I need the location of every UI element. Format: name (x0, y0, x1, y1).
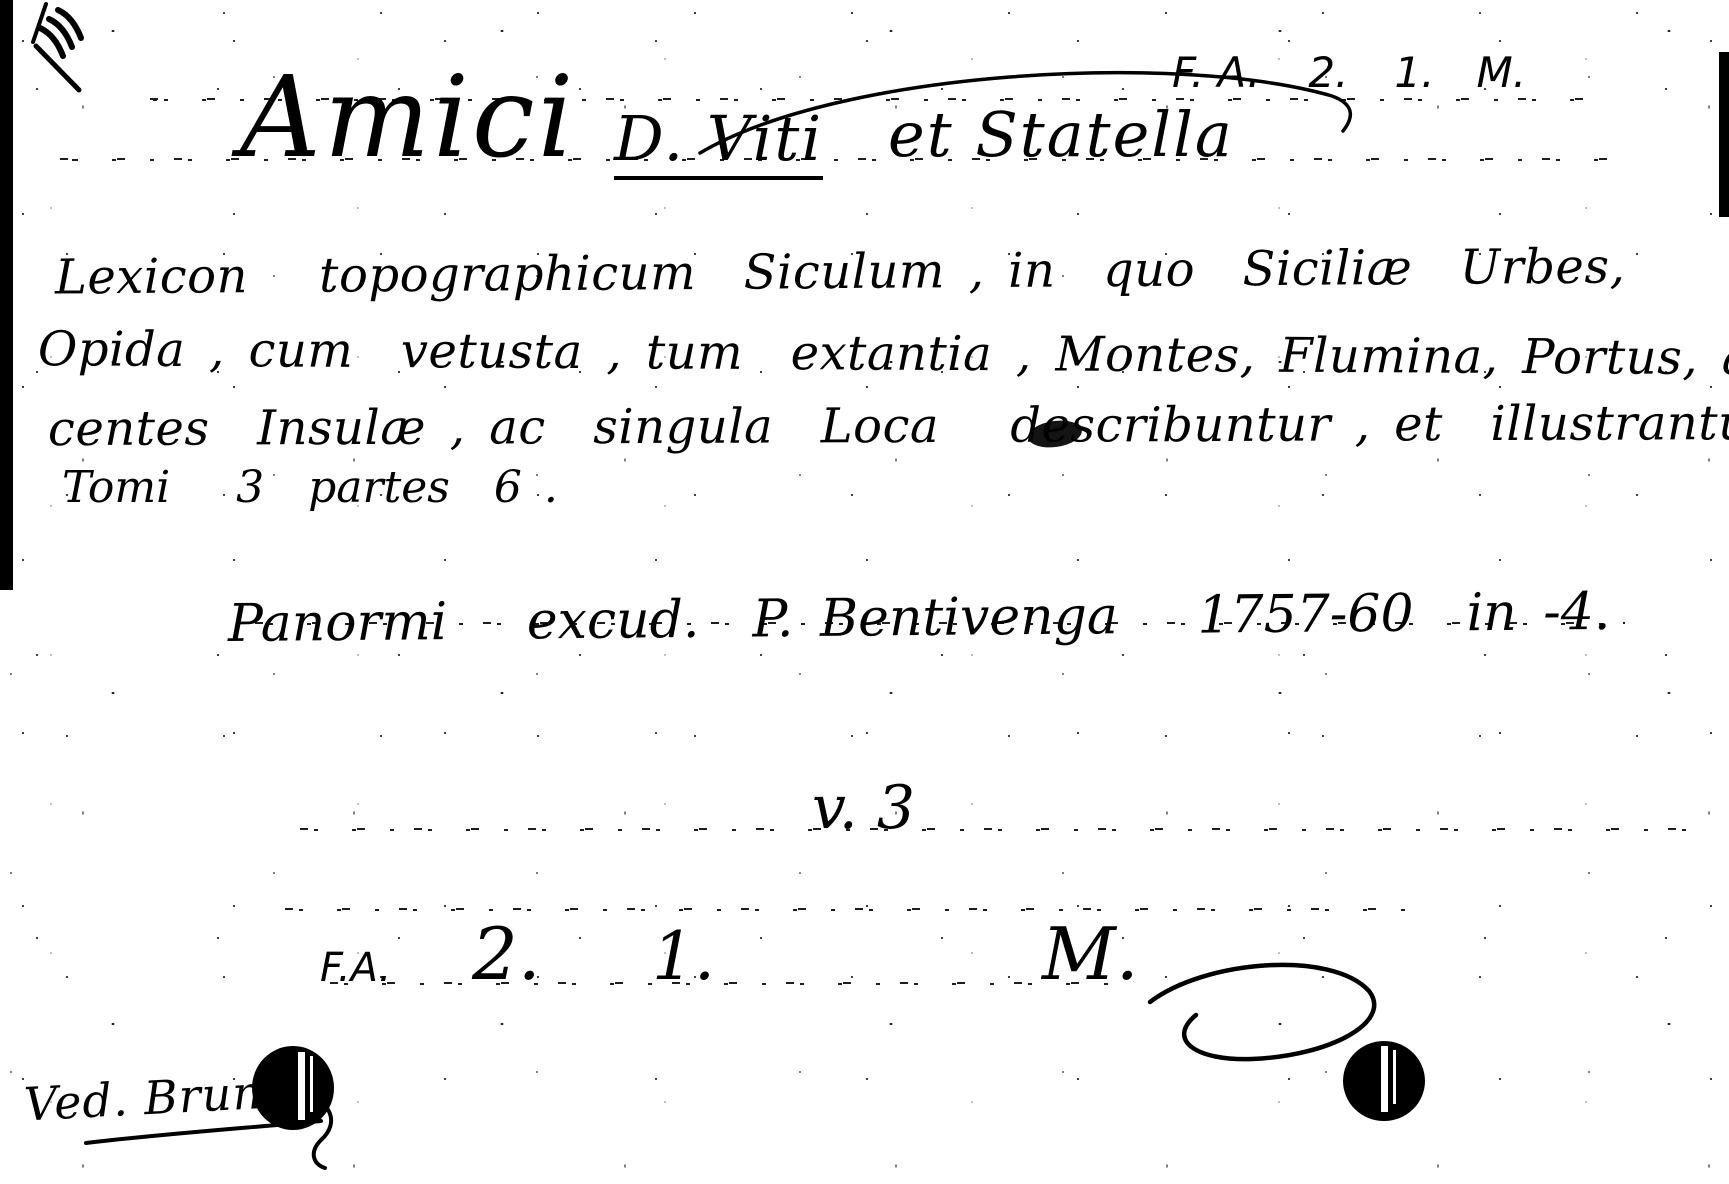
hole-reflection (310, 1056, 313, 1112)
corner-tally-mark-icon (49, 19, 72, 47)
title-author: Amici (240, 62, 576, 174)
title-dedicatee: D. Viti (614, 108, 823, 180)
punch-hole-right (1343, 1041, 1425, 1121)
shelfmark-top-part: M. (1476, 52, 1526, 94)
body-line: centes Insulæ , ac singula Loca describu… (48, 399, 1729, 453)
shelfmark-bottom-part: 1. (652, 924, 715, 990)
scan-edge-right (1719, 52, 1729, 217)
hole-reflection (298, 1052, 305, 1120)
punch-hole-left (252, 1046, 334, 1130)
corner-tally-mark-icon (40, 28, 63, 56)
ruled-line (300, 828, 1690, 831)
ruled-line (285, 908, 1405, 911)
shelfmark-top: F. A. 2. 1. M. (1172, 52, 1526, 94)
volume: v. 3 (812, 778, 915, 838)
ruled-line (330, 982, 1110, 985)
shelfmark-top-part: 1. (1394, 52, 1434, 94)
shelfmark-bottom-part: M. (1042, 918, 1139, 990)
corner-tally-mark-icon (58, 10, 81, 38)
title-rest: et Statella (888, 104, 1234, 166)
hole-reflection (1393, 1050, 1396, 1104)
hole-reflection (1381, 1046, 1388, 1112)
shelfmark-top-part: F. A. (1172, 52, 1260, 94)
shelfmark-top-part: 2. (1308, 52, 1348, 94)
catalog-card-scan: F. A. 2. 1. M. Amici D. Viti et Statella… (0, 0, 1729, 1184)
scan-edge-left (0, 0, 13, 590)
shelfmark-bottom-part: F.A. (320, 948, 391, 988)
corner-tally-mark-icon (33, 4, 46, 42)
body-line: Lexicon topographicum Siculum , in quo S… (55, 243, 1626, 302)
m-flourish (1150, 965, 1374, 1059)
body-line: Opida , cum vetusta , tum extantia , Mon… (38, 325, 1729, 383)
collation: Tomi 3 partes 6 . (62, 466, 558, 510)
shelfmark-bottom-part: 2. (472, 918, 541, 990)
imprint: Panormi excud. P. Bentivenga 1757-60 in … (228, 586, 1611, 650)
corner-tally-mark-icon (36, 46, 79, 90)
